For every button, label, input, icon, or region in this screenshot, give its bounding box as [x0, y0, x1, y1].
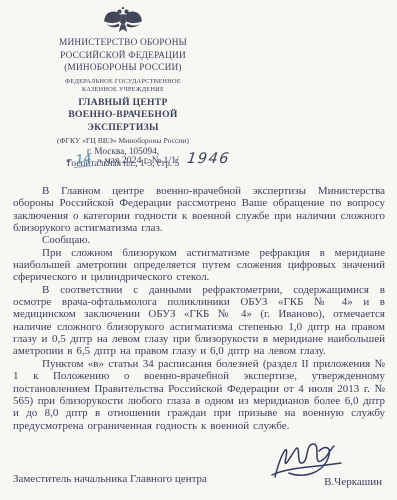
open-quote: « [66, 155, 71, 166]
org-main-title: ГЛАВНЫЙ ЦЕНТР ВОЕННО-ВРАЧЕБНОЙ ЭКСПЕРТИЗ… [6, 97, 240, 135]
signature-ink [269, 437, 345, 481]
date-number-text: мая 2024 г. № 1/1/ [104, 155, 178, 166]
paragraph: В соответствии с данными рефрактометрии,… [13, 284, 385, 358]
org-subtype-line: КАЗЕННОЕ УЧРЕЖДЕНИЕ [6, 86, 240, 94]
paragraph: Сообщаю. [13, 234, 385, 246]
org-subtype: ФЕДЕРАЛЬНОЕ ГОСУДАРСТВЕННОЕ КАЗЕННОЕ УЧР… [6, 78, 240, 94]
paragraph: При сложном близоруком астигматизме рефр… [13, 247, 385, 284]
org-name-line: (МИНОБОРОНЫ РОССИИ) [6, 62, 240, 75]
org-name-line: МИНИСТЕРСТВО ОБОРОНЫ [6, 37, 240, 50]
double-headed-eagle-icon [100, 6, 146, 34]
org-main-title-line: ГЛАВНЫЙ ЦЕНТР [6, 97, 240, 110]
paragraph: В Главном центре военно-врачебной экспер… [13, 185, 385, 234]
letter-body: В Главном центре военно-врачебной экспер… [13, 185, 385, 432]
document-page: МИНИСТЕРСТВО ОБОРОНЫ РОССИЙСКОЙ ФЕДЕРАЦИ… [0, 0, 397, 500]
letterhead: МИНИСТЕРСТВО ОБОРОНЫ РОССИЙСКОЙ ФЕДЕРАЦИ… [6, 6, 240, 170]
org-name-line: РОССИЙСКОЙ ФЕДЕРАЦИИ [6, 50, 240, 63]
org-main-title-line: ЭКСПЕРТИЗЫ [6, 122, 240, 135]
handwritten-day: 14 [73, 151, 96, 168]
signer-position-title: Заместитель начальника Главного центра [13, 473, 207, 485]
paragraph: Пунктом «в» статьи 34 расписания болезне… [13, 358, 385, 432]
handwritten-outgoing-number: 1946 [186, 151, 231, 167]
org-subtype-line: ФЕДЕРАЛЬНОЕ ГОСУДАРСТВЕННОЕ [6, 78, 240, 86]
date-number-line: « 14 » мая 2024 г. № 1/1/ 1946 [66, 151, 230, 167]
org-abbreviation: (ФГКУ «ГЦ ВВЭ» Минобороны России) [6, 136, 240, 146]
signer-name: В.Черкашин [324, 476, 382, 488]
org-main-title-line: ВОЕННО-ВРАЧЕБНОЙ [6, 109, 240, 122]
close-quote: » [97, 155, 102, 166]
